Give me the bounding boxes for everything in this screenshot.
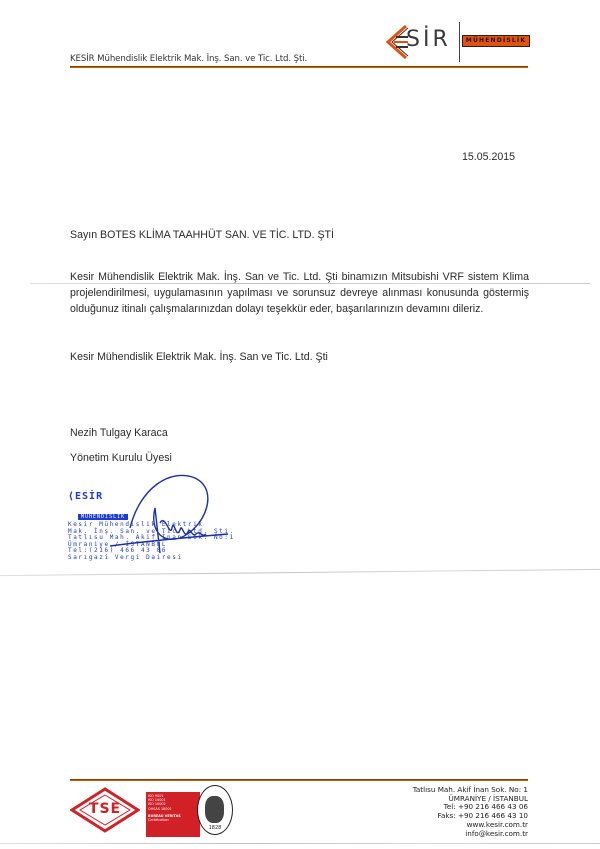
footer-rule: [70, 779, 528, 781]
scan-artifact-line: [30, 283, 590, 284]
signatory-title: Yönetim Kurulu Üyesi: [70, 452, 172, 464]
email-link[interactable]: info@kesir.com.tr: [413, 830, 528, 839]
certification-panel: ISO 9001 ISO 14001 ISO 10002 OHSAS 18001…: [146, 792, 200, 837]
paragraph-line: projelendirilmesi, uygulamasının yapılma…: [70, 287, 529, 299]
seal-year: 1828: [198, 825, 232, 831]
salutation: Sayın BOTES KLİMA TAAHHÜT SAN. VE TİC. L…: [70, 229, 334, 241]
logo-text: SİR: [406, 27, 451, 52]
tse-logo: TSE: [70, 787, 140, 837]
signatory-name: Nezih Tulgay Karaca: [70, 427, 168, 439]
closing-company: Kesir Mühendislik Elektrik Mak. İnş. San…: [70, 351, 328, 363]
scan-artifact-line: [0, 569, 600, 576]
footer-address: Tatlısu Mah. Akif İnan Sok. No: 1 ÜMRANİ…: [413, 786, 528, 838]
paragraph-line: Kesir Mühendislik Elektrik Mak. İnş. San…: [70, 271, 529, 283]
bureau-veritas-seal-icon: 1828: [197, 785, 233, 835]
header-rule: [70, 66, 528, 68]
logo-badge: MÜHENDİSLİK: [462, 35, 530, 47]
header-company-name: KESİR Mühendislik Elektrik Mak. İnş. San…: [70, 54, 307, 64]
paragraph-line: olduğunuz itinalı çalışmalarınızdan dola…: [70, 303, 483, 315]
letter-date: 15.05.2015: [462, 151, 515, 163]
cert-item: OHSAS 18001: [148, 807, 198, 811]
handwritten-signature: [110, 468, 230, 558]
tse-label: TSE: [70, 801, 140, 817]
scan-artifact-line: [0, 843, 600, 844]
logo-divider: [459, 22, 460, 62]
stamp-logo: ⟨ESİR: [68, 491, 103, 502]
cert-sub: Certification: [148, 818, 198, 822]
